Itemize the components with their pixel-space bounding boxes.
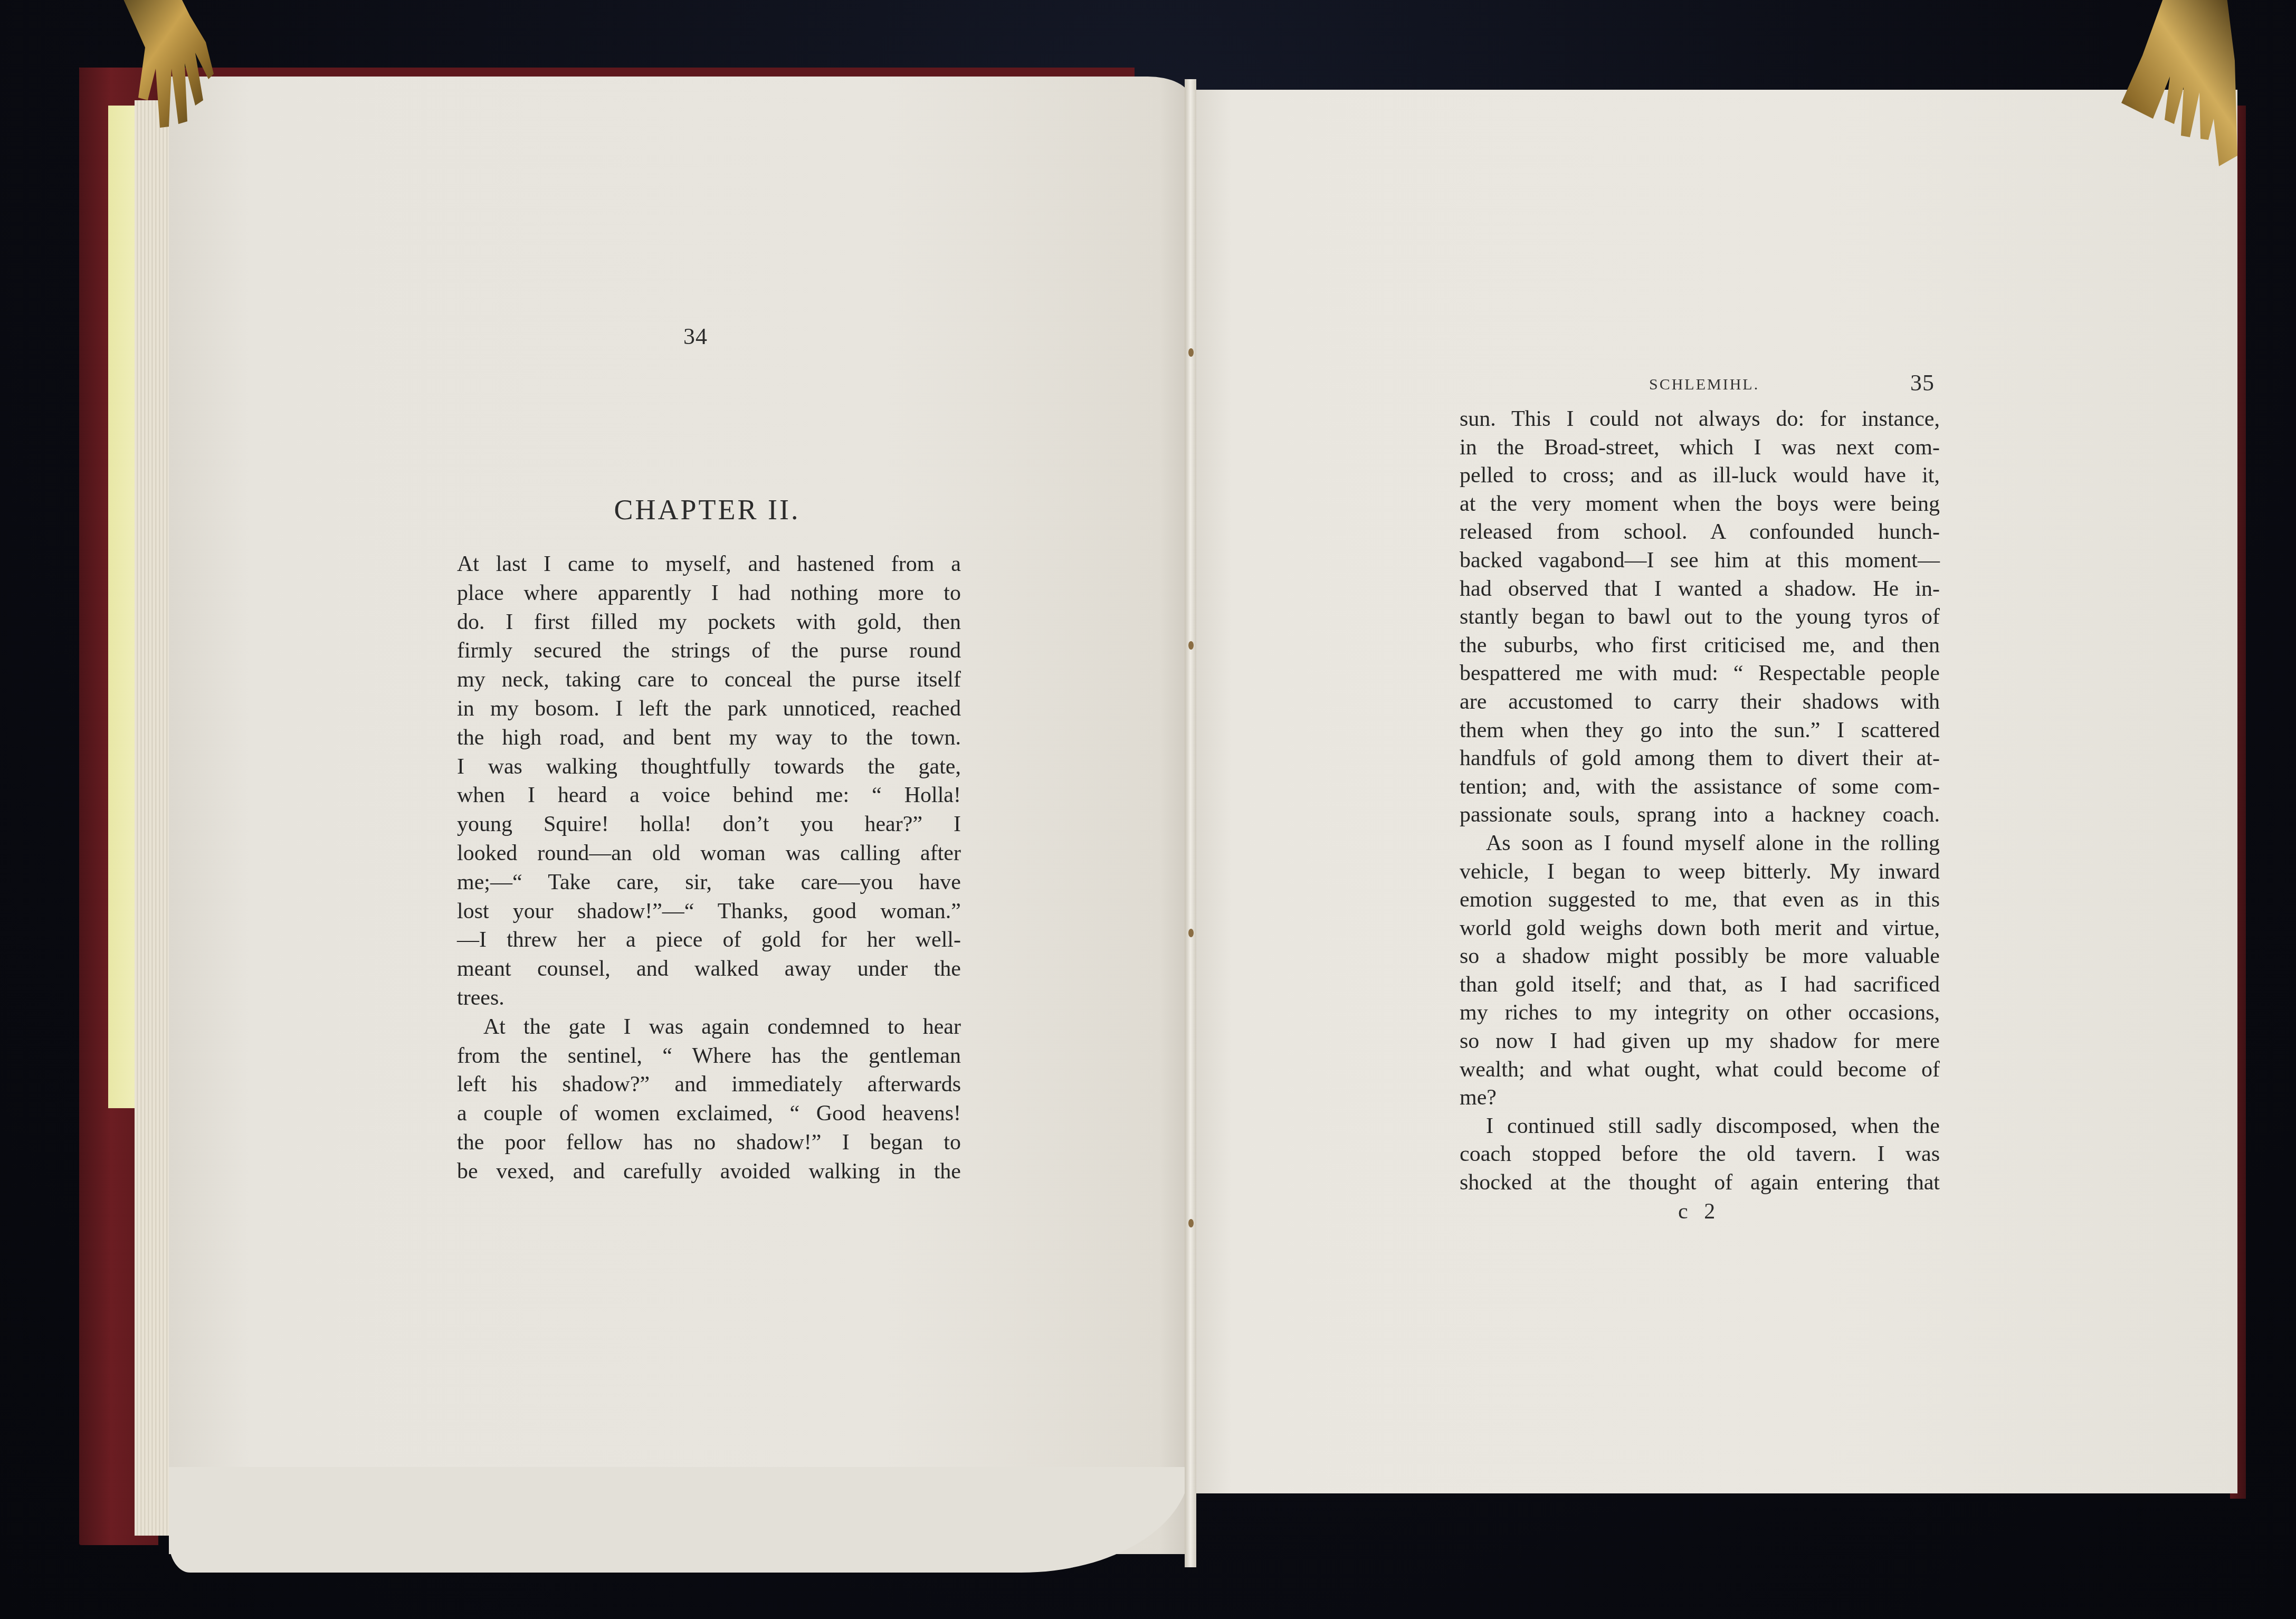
text-line: I was walking thoughtfully towards the g… xyxy=(457,753,961,782)
brass-hand-page-holder-right xyxy=(2111,0,2237,166)
running-head: SCHLEMIHL. xyxy=(1649,376,1759,394)
right-page-text: sun. This I could not always do: for ins… xyxy=(1460,405,1940,1197)
brass-hand-icon xyxy=(2111,0,2237,166)
text-line: bespattered me with mud: “ Respectable p… xyxy=(1460,660,1940,688)
page-stack-edge xyxy=(135,100,172,1536)
left-page-curl xyxy=(169,1467,1190,1573)
binding-stitch xyxy=(1188,1219,1194,1227)
text-line: wealth; and what ought, what could becom… xyxy=(1460,1056,1940,1084)
text-line: the high road, and bent my way to the to… xyxy=(457,723,961,753)
text-line: backed vagabond—I see him at this moment… xyxy=(1460,547,1940,575)
text-line: looked round—an old woman was calling af… xyxy=(457,839,961,868)
text-line: young Squire! holla! don’t you hear?” I xyxy=(457,810,961,839)
text-line: them when they go into the sun.” I scatt… xyxy=(1460,717,1940,745)
binding-stitch xyxy=(1188,348,1194,357)
text-line: emotion suggested to me, that even as in… xyxy=(1460,886,1940,915)
text-line: be vexed, and carefully avoided walking … xyxy=(457,1157,961,1186)
brass-hand-icon xyxy=(100,0,227,164)
binding-stitch xyxy=(1188,641,1194,650)
text-line: pelled to cross; and as ill-luck would h… xyxy=(1460,462,1940,490)
text-line: At the gate I was again condemned to hea… xyxy=(457,1013,961,1042)
text-line: stantly began to bawl out to the young t… xyxy=(1460,603,1940,632)
text-line: the suburbs, who first criticised me, an… xyxy=(1460,632,1940,660)
text-line: vehicle, I began to weep bitterly. My in… xyxy=(1460,858,1940,887)
text-line: —I threw her a piece of gold for her wel… xyxy=(457,926,961,955)
text-line: do. I first filled my pockets with gold,… xyxy=(457,608,961,637)
binding-stitch xyxy=(1188,929,1194,937)
text-line: in my bosom. I left the park unnoticed, … xyxy=(457,694,961,723)
text-line: from the sentinel, “ Where has the gentl… xyxy=(457,1042,961,1071)
text-line: At last I came to myself, and hastened f… xyxy=(457,550,961,579)
text-line: me;—“ Take care, sir, take care—you have xyxy=(457,868,961,897)
text-line: world gold weighs down both merit and vi… xyxy=(1460,915,1940,943)
text-line: left his shadow?” and immediately afterw… xyxy=(457,1070,961,1099)
text-line: so a shadow might possibly be more valua… xyxy=(1460,942,1940,971)
book-gutter xyxy=(1185,79,1196,1567)
text-line: in the Broad-street, which I was next co… xyxy=(1460,434,1940,462)
text-line: released from school. A confounded hunch… xyxy=(1460,518,1940,547)
signature-mark: c 2 xyxy=(1678,1199,1720,1224)
text-line: place where apparently I had nothing mor… xyxy=(457,579,961,608)
text-line: handfuls of gold among them to divert th… xyxy=(1460,745,1940,773)
text-line: trees. xyxy=(457,984,961,1013)
brass-hand-page-holder-left xyxy=(100,0,227,164)
text-line: are accustomed to carry their shadows wi… xyxy=(1460,688,1940,717)
chapter-title: CHAPTER II. xyxy=(528,493,887,526)
right-page-number: 35 xyxy=(1910,369,1935,396)
text-line: lost your shadow!”—“ Thanks, good woman.… xyxy=(457,897,961,926)
text-line: so now I had given up my shadow for mere xyxy=(1460,1027,1940,1056)
text-line: I continued still sadly discomposed, whe… xyxy=(1460,1112,1940,1141)
left-page-text: At last I came to myself, and hastened f… xyxy=(457,550,961,1186)
text-line: shocked at the thought of again entering… xyxy=(1460,1169,1940,1197)
text-line: tention; and, with the assistance of som… xyxy=(1460,773,1940,802)
text-line: when I heard a voice behind me: “ Holla! xyxy=(457,781,961,810)
text-line: my neck, taking care to conceal the purs… xyxy=(457,665,961,694)
text-line: As soon as I found myself alone in the r… xyxy=(1460,830,1940,858)
text-line: passionate souls, sprang into a hackney … xyxy=(1460,801,1940,830)
text-line: than gold itself; and that, as I had sac… xyxy=(1460,971,1940,999)
text-line: my riches to my integrity on other occas… xyxy=(1460,999,1940,1027)
text-line: a couple of women exclaimed, “ Good heav… xyxy=(457,1099,961,1128)
text-line: meant counsel, and walked away under the xyxy=(457,955,961,984)
left-page-number: 34 xyxy=(683,323,708,350)
text-line: firmly secured the strings of the purse … xyxy=(457,636,961,665)
text-line: coach stopped before the old tavern. I w… xyxy=(1460,1140,1940,1169)
text-line: sun. This I could not always do: for ins… xyxy=(1460,405,1940,434)
text-line: the poor fellow has no shadow!” I began … xyxy=(457,1128,961,1157)
text-line: had observed that I wanted a shadow. He … xyxy=(1460,575,1940,604)
text-line: me? xyxy=(1460,1084,1940,1112)
text-line: at the very moment when the boys were be… xyxy=(1460,490,1940,519)
